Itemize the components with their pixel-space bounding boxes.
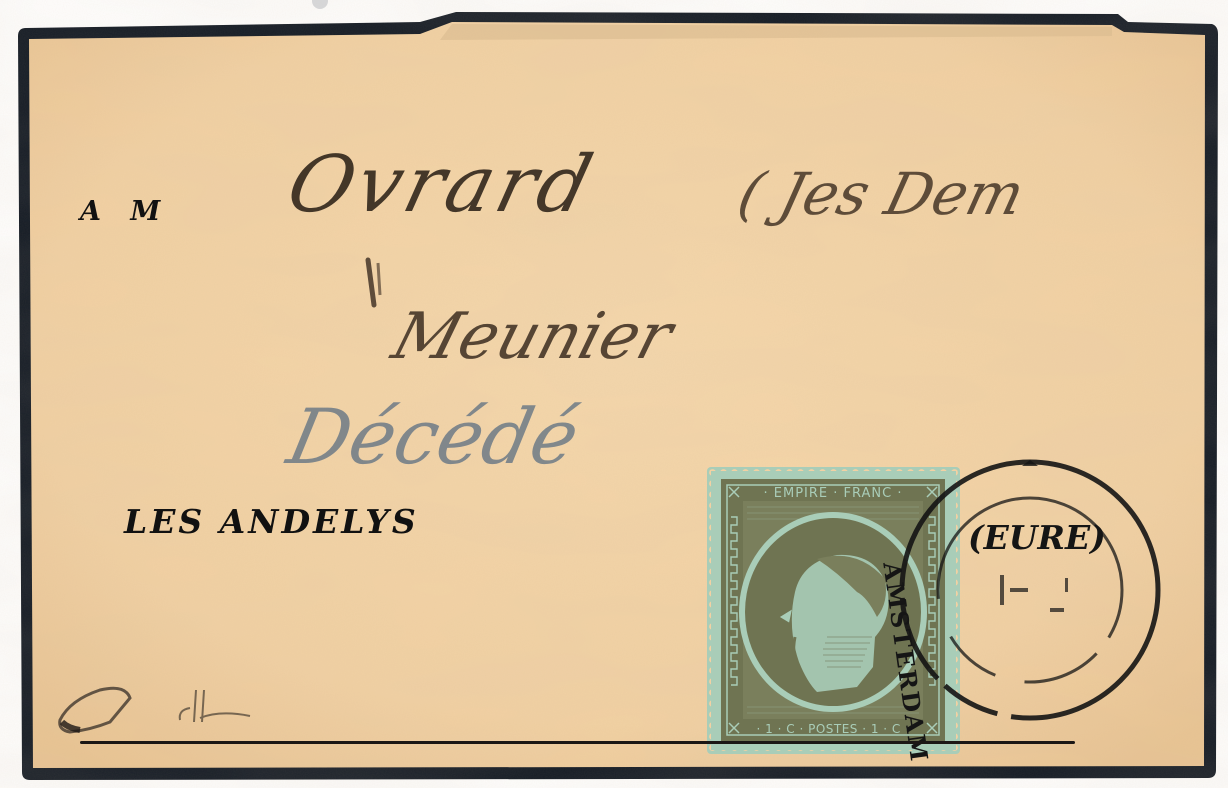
printed-town-name: LES ANDELYS: [124, 502, 419, 541]
address-rule-line: [80, 741, 1075, 744]
postmark-inner-text: (EURE): [968, 518, 1106, 557]
handwritten-addressee-name: Ovrard: [279, 140, 604, 230]
circular-datestamp-amsterdam: [880, 440, 1200, 750]
printed-salutation: A M: [80, 196, 170, 227]
handwritten-addressee-surname: Meunier: [384, 300, 680, 374]
handwritten-addressee-continuation: ( Jes Dem: [732, 160, 1032, 228]
printer-signature-marks: [50, 680, 260, 740]
handwritten-deceased-annotation: Décédé: [281, 392, 587, 481]
ink-stroke-mark: [360, 255, 390, 315]
postal-cover-photo: A M LES ANDELYS Ovrard ( Jes Dem Meunier…: [0, 0, 1228, 788]
